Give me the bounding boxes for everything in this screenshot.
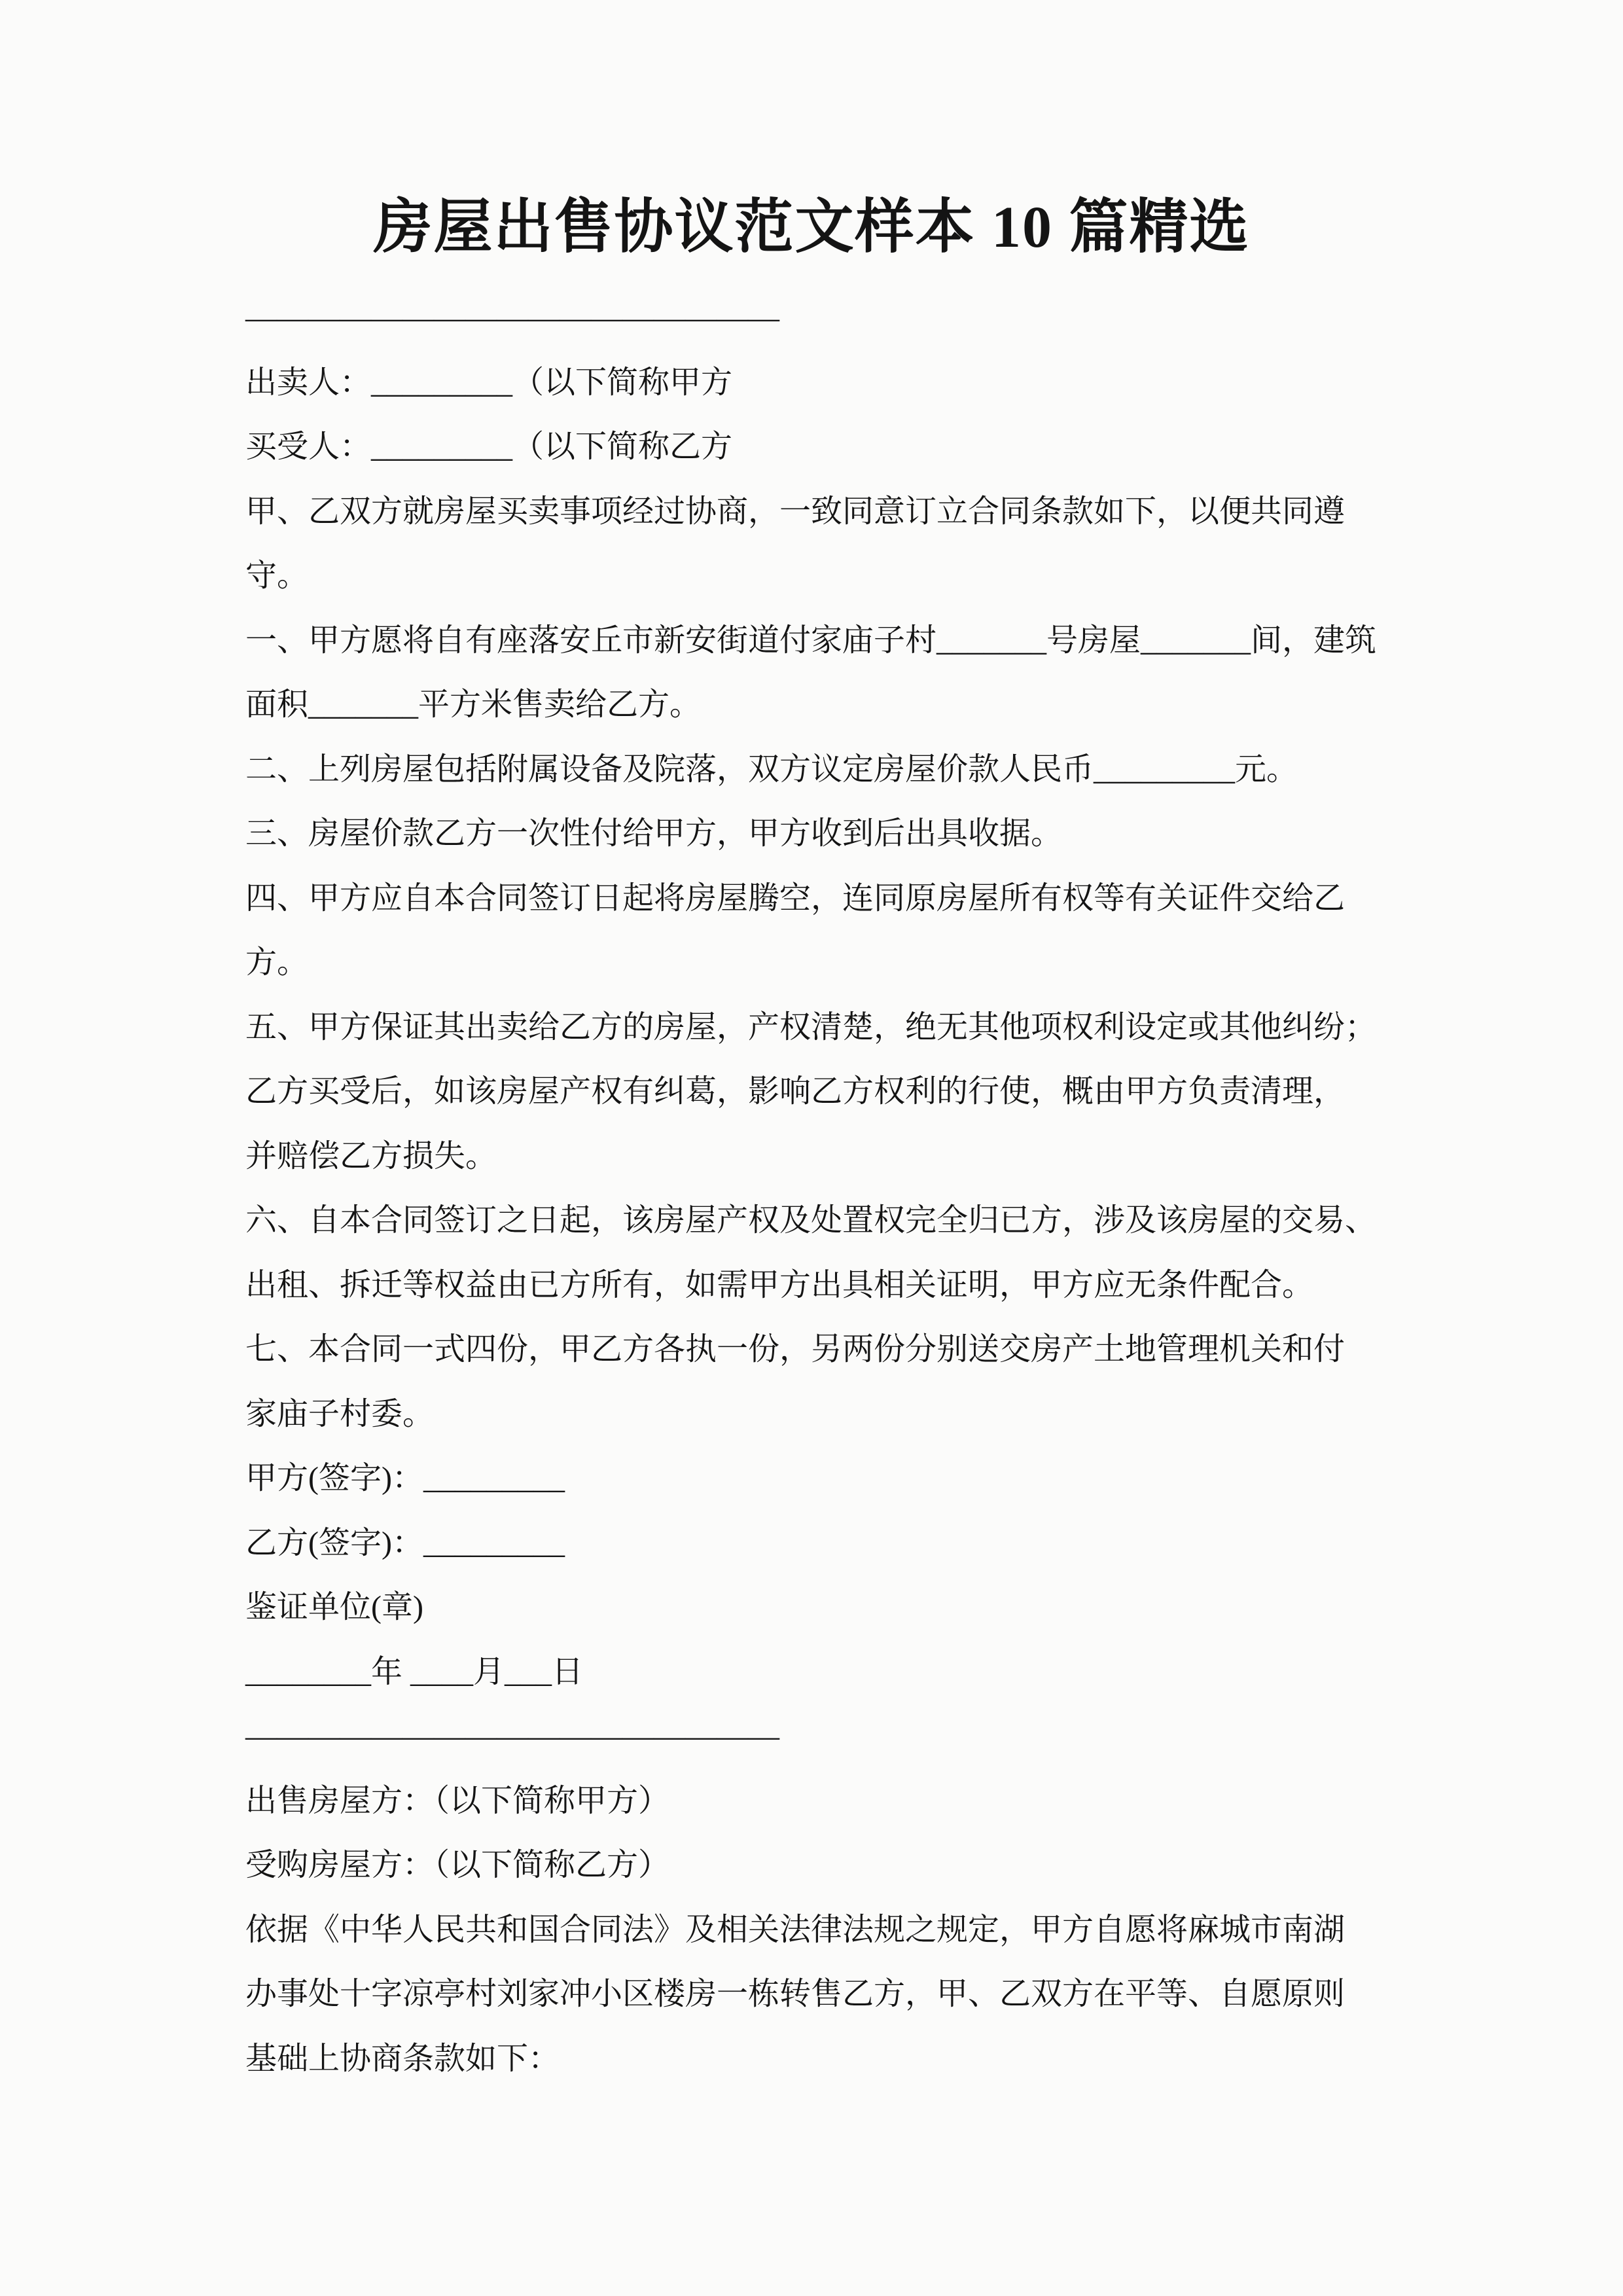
document-line: 三、房屋价款乙方一次性付给甲方，甲方收到后出具收据。 [245,802,1404,867]
document-line: 鉴证单位(章) [245,1575,1404,1640]
document-body: —————————————————出卖人：_________（以下简称甲方买受人… [245,286,1404,2091]
document-line: 六、自本合同签订之日起，该房屋产权及处置权完全归已方，涉及该房屋的交易、 [245,1189,1404,1253]
document-line: 乙方买受后，如该房屋产权有纠葛，影响乙方权利的行使，概由甲方负责清理， [245,1060,1404,1124]
document-line: 五、甲方保证其出卖给乙方的房屋，产权清楚，绝无其他项权利设定或其他纠纷； [245,996,1404,1060]
document-line: 守。 [245,544,1404,609]
document-line: 买受人：_________（以下简称乙方 [245,415,1404,480]
document-line: 办事处十字凉亭村刘家冲小区楼房一栋转售乙方，甲、乙双方在平等、自愿原则 [245,1962,1404,2027]
document-line: 并赔偿乙方损失。 [245,1124,1404,1189]
document-line: 面积_______平方米售卖给乙方。 [245,673,1404,738]
document-page: 房屋出售协议范文样本 10 篇精选 —————————————————出卖人：_… [0,0,1623,2296]
document-line: 一、甲方愿将自有座落安丘市新安街道付家庙子村_______号房屋_______间… [245,609,1404,673]
separator-line: ————————————————— [245,1704,1404,1769]
document-line: ________年 ____月___日 [245,1640,1404,1705]
document-line: 出售房屋方：（以下简称甲方） [245,1769,1404,1834]
document-line: 二、上列房屋包括附属设备及院落，双方议定房屋价款人民币_________元。 [245,738,1404,802]
document-line: 依据《中华人民共和国合同法》及相关法律法规之规定，甲方自愿将麻城市南湖 [245,1898,1404,1963]
document-line: 七、本合同一式四份，甲乙方各执一份，另两份分别送交房产土地管理机关和付 [245,1318,1404,1382]
document-line: 乙方(签字)：_________ [245,1511,1404,1576]
document-line: 四、甲方应自本合同签订日起将房屋腾空，连同原房屋所有权等有关证件交给乙 [245,867,1404,931]
document-line: 基础上协商条款如下： [245,2027,1404,2092]
document-line: 甲、乙双方就房屋买卖事项经过协商，一致同意订立合同条款如下，以便共同遵 [245,480,1404,545]
document-line: 出卖人：_________（以下简称甲方 [245,351,1404,416]
document-line: 出租、拆迁等权益由已方所有，如需甲方出具相关证明，甲方应无条件配合。 [245,1253,1404,1318]
document-line: 甲方(签字)：_________ [245,1446,1404,1511]
document-line: 受购房屋方：（以下简称乙方） [245,1833,1404,1898]
separator-line: ————————————————— [245,286,1404,351]
document-line: 家庙子村委。 [245,1382,1404,1447]
document-line: 方。 [245,931,1404,996]
document-title: 房屋出售协议范文样本 10 篇精选 [0,194,1623,262]
